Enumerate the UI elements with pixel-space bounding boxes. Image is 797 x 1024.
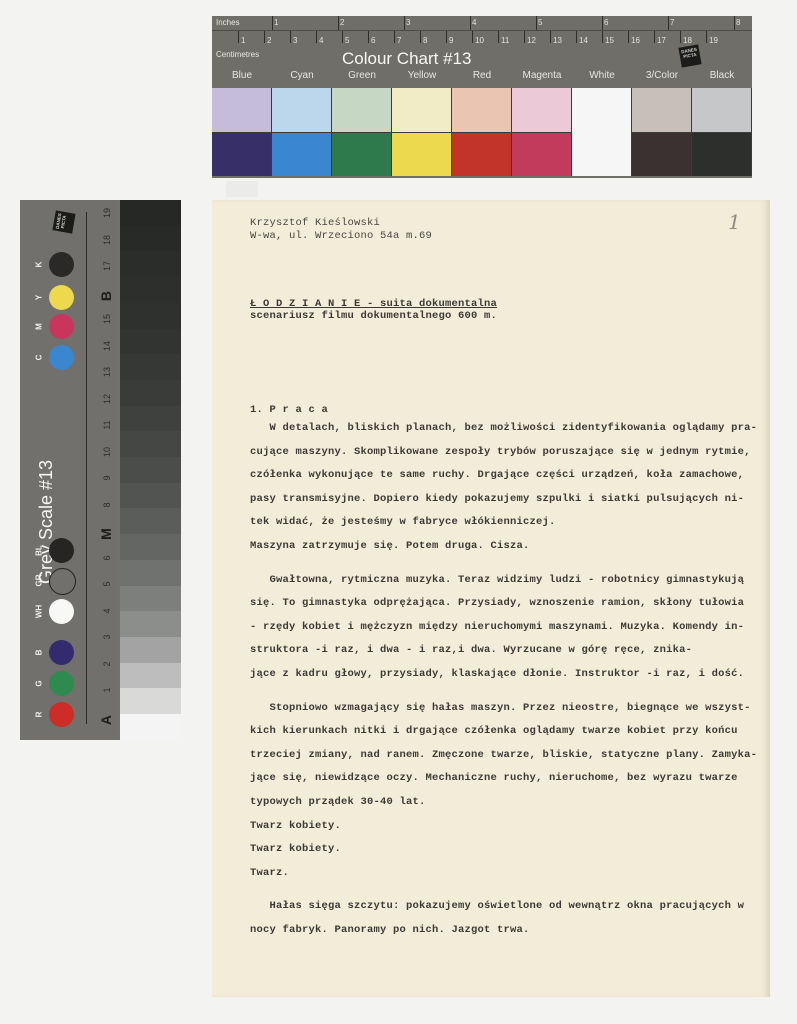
- colour-dot-label: BL: [35, 544, 44, 558]
- grey-step: [120, 663, 181, 689]
- swatch-yellow: [392, 88, 452, 176]
- inch-tick: [404, 16, 405, 30]
- swatch-light-patch: [212, 88, 272, 133]
- grey-step: [120, 431, 181, 457]
- grey-scale-target: · DANES PICTA Grey Scale #13 KYMCBLGRWHB…: [20, 200, 181, 740]
- document-line: struktora -i raz, i dwa - i raz,i dwa. W…: [250, 644, 692, 656]
- colour-chart-title: Colour Chart #13: [342, 49, 471, 69]
- swatch-label: Blue: [212, 70, 272, 81]
- swatch-green: [332, 88, 392, 176]
- swatch-light-patch: [332, 88, 392, 133]
- cm-tick: [446, 31, 447, 43]
- cm-tick: [394, 31, 395, 43]
- grey-step: [120, 508, 181, 534]
- swatch-light-patch: [452, 88, 512, 133]
- inch-tick-label: 8: [736, 18, 740, 27]
- document-line: typowych prządek 30-40 lat.: [250, 796, 426, 808]
- colour-dot-m: [49, 314, 74, 339]
- colour-dot-label: Y: [35, 291, 44, 305]
- colour-dot-label: WH: [35, 605, 44, 619]
- cm-tick-label: 12: [527, 36, 536, 45]
- author-address: W-wa, ul. Wrzeciono 54a m.69: [250, 230, 432, 242]
- swatch-blue: [212, 88, 272, 176]
- grey-step: [120, 714, 181, 740]
- inch-tick-label: 3: [406, 18, 410, 27]
- grey-step: [120, 586, 181, 612]
- section-heading: 1. P r a c a: [250, 404, 328, 416]
- inch-tick: [602, 16, 603, 30]
- cm-tick-label: 7: [397, 36, 401, 45]
- cm-tick: [524, 31, 525, 43]
- cm-tick-label: 4: [319, 36, 323, 45]
- swatch-dark-patch: [452, 133, 512, 176]
- colour-dot-label: K: [35, 258, 44, 272]
- swatch-dark-patch: [212, 133, 272, 176]
- swatch-cyan: [272, 88, 332, 176]
- document-subtitle: scenariusz filmu dokumentalnego 600 m.: [250, 310, 497, 322]
- typed-document-page: 1 Krzysztof Kieślowski W-wa, ul. Wrzecio…: [212, 200, 770, 997]
- grey-step: [120, 483, 181, 509]
- document-line: jące z kadru głowy, przysiady, klaskając…: [250, 668, 744, 680]
- colour-dot-label: C: [35, 351, 44, 365]
- colour-dot-k: [49, 252, 74, 277]
- grey-scale-fine-print: ·: [23, 214, 27, 215]
- cm-tick: [264, 31, 265, 43]
- grey-step-number: 11: [102, 418, 112, 432]
- grey-step-number: 18: [102, 233, 112, 247]
- swatch-light-patch: [272, 88, 332, 133]
- inch-tick-label: 6: [604, 18, 608, 27]
- document-line: W detalach, bliskich planach, bez możliw…: [250, 422, 757, 434]
- colour-dot-gr: [49, 568, 76, 595]
- inch-tick: [338, 16, 339, 30]
- swatch-light-patch: [692, 88, 752, 133]
- colour-dot-label: R: [35, 708, 44, 722]
- swatch-patch: [572, 88, 632, 176]
- grey-step-number: 6: [102, 551, 112, 565]
- document-line: tek widać, że jesteśmy w fabryce włókien…: [250, 516, 556, 528]
- colour-dot-wh: [49, 599, 74, 624]
- swatch-dark-patch: [332, 133, 392, 176]
- colour-dot-b: [49, 640, 74, 665]
- cm-tick-label: 18: [683, 36, 692, 45]
- cm-tick-label: 6: [371, 36, 375, 45]
- centimetres-label: Centimetres: [216, 50, 259, 59]
- document-line: Maszyna zatrzymuje się. Potem druga. Cis…: [250, 540, 530, 552]
- grey-step-letter: B: [98, 288, 114, 304]
- document-title-line: Ł O D Z I A N I E - suita dokumentalna: [250, 298, 497, 310]
- cm-tick-label: 5: [345, 36, 349, 45]
- cm-tick: [628, 31, 629, 43]
- document-line: - rzędy kobiet i mężczyzn między nieruch…: [250, 621, 744, 633]
- swatch-dark-patch: [272, 133, 332, 176]
- swatch-dark-patch: [392, 133, 452, 176]
- inch-tick: [470, 16, 471, 30]
- cm-tick: [602, 31, 603, 43]
- document-line: Stopniowo wzmagający się hałas maszyn. P…: [250, 702, 751, 714]
- grey-step: [120, 688, 181, 714]
- inch-tick-label: 1: [274, 18, 278, 27]
- cm-tick-label: 9: [449, 36, 453, 45]
- grey-step-number: 12: [102, 392, 112, 406]
- swatch-red: [452, 88, 512, 176]
- grey-scale-panel: · DANES PICTA Grey Scale #13 KYMCBLGRWHB…: [20, 200, 118, 740]
- tape-mark: [226, 181, 258, 197]
- handwritten-page-number: 1: [728, 210, 741, 234]
- grey-step: [120, 303, 181, 329]
- inch-tick: [536, 16, 537, 30]
- grey-step: [120, 277, 181, 303]
- cm-tick: [498, 31, 499, 43]
- document-line: trzeciej zmiany, nad ranem. Zmęczone twa…: [250, 749, 757, 761]
- cm-tick-label: 11: [501, 36, 509, 45]
- cm-tick-label: 8: [423, 36, 427, 45]
- colour-dot-label: GR: [35, 574, 44, 588]
- swatch-light-patch: [512, 88, 572, 133]
- grey-step: [120, 534, 181, 560]
- grey-step: [120, 560, 181, 586]
- inch-tick-label: 2: [340, 18, 344, 27]
- cm-tick-label: 13: [553, 36, 562, 45]
- swatch-label: 3/Color: [632, 70, 692, 81]
- grey-step-number: 5: [102, 577, 112, 591]
- grey-step: [120, 406, 181, 432]
- cm-tick: [290, 31, 291, 43]
- document-line: cujące maszyny. Skomplikowane zespoły tr…: [250, 446, 751, 458]
- swatch-white: [572, 88, 632, 176]
- grey-step: [120, 637, 181, 663]
- swatch-label: Red: [452, 70, 512, 81]
- grey-step: [120, 226, 181, 252]
- grey-step-number: 10: [102, 445, 112, 459]
- cm-tick: [680, 31, 681, 43]
- grey-step-number: 19: [102, 206, 112, 220]
- grey-step-strip: [120, 200, 181, 740]
- inch-tick: [734, 16, 735, 30]
- inch-tick-label: 5: [538, 18, 542, 27]
- document-line: kich kierunkach nitki i drgające czółenk…: [250, 725, 738, 737]
- grey-step: [120, 457, 181, 483]
- colour-dot-label: M: [35, 320, 44, 334]
- swatch-label: Green: [332, 70, 392, 81]
- grey-step-number: 4: [102, 604, 112, 618]
- document-line: Twarz kobiety.: [250, 843, 341, 855]
- grey-step: [120, 329, 181, 355]
- cm-tick: [550, 31, 551, 43]
- colour-dot-y: [49, 285, 74, 310]
- danes-picta-logo: DANES PICTA: [678, 44, 701, 67]
- document-line: Twarz.: [250, 867, 289, 879]
- cm-tick: [472, 31, 473, 43]
- cm-tick: [342, 31, 343, 43]
- cm-tick: [576, 31, 577, 43]
- grey-step-letter: A: [98, 712, 114, 728]
- swatch-labels: BlueCyanGreenYellowRedMagentaWhite3/Colo…: [212, 70, 752, 86]
- document-line: Gwałtowna, rytmiczna muzyka. Teraz widzi…: [250, 574, 744, 586]
- document-line: pasy transmisyjne. Dopiero kiedy pokazuj…: [250, 493, 744, 505]
- swatch-light-patch: [392, 88, 452, 133]
- swatch-magenta: [512, 88, 572, 176]
- inch-tick-label: 7: [670, 18, 674, 27]
- document-title-suffix: - suita dokumentalna: [361, 298, 498, 310]
- colour-dot-label: B: [35, 646, 44, 660]
- document-line: jące się, niewidzące oczy. Mechaniczne r…: [250, 772, 738, 784]
- cm-tick: [706, 31, 707, 43]
- cm-tick: [316, 31, 317, 43]
- grey-step-number: 9: [102, 471, 112, 485]
- swatch-dark-patch: [632, 133, 692, 176]
- cm-tick: [238, 31, 239, 43]
- inch-tick-label: 4: [472, 18, 476, 27]
- swatch-label: Magenta: [512, 70, 572, 81]
- cm-tick-label: 19: [709, 36, 718, 45]
- colour-dot-c: [49, 345, 74, 370]
- swatch-3-color: [632, 88, 692, 176]
- cm-tick: [654, 31, 655, 43]
- colour-swatches: [212, 88, 752, 178]
- grey-step-number: 13: [102, 365, 112, 379]
- document-line: czółenka wykonujące te same ruchy. Drgaj…: [250, 469, 744, 481]
- cm-tick: [368, 31, 369, 43]
- grey-step-number: 1: [102, 683, 112, 697]
- inch-tick: [272, 16, 273, 30]
- grey-step: [120, 251, 181, 277]
- swatch-dark-patch: [692, 133, 752, 176]
- colour-dot-g: [49, 671, 74, 696]
- cm-tick-label: 14: [579, 36, 588, 45]
- danes-picta-logo: DANES PICTA: [52, 210, 75, 233]
- swatch-label: Cyan: [272, 70, 332, 81]
- document-line: nocy fabryk. Panoramy po nich. Jazgot tr…: [250, 924, 530, 936]
- swatch-light-patch: [632, 88, 692, 133]
- document-title: Ł O D Z I A N I E: [250, 298, 361, 310]
- cm-tick-label: 1: [241, 36, 245, 45]
- swatch-black: [692, 88, 752, 176]
- grey-step-number: 15: [102, 312, 112, 326]
- grey-scale-title: Grey Scale #13: [36, 460, 57, 584]
- cm-tick-label: 10: [475, 36, 484, 45]
- grey-step-letter: M: [98, 526, 114, 542]
- document-line: Hałas sięga szczytu: pokazujemy oświetlo…: [250, 900, 744, 912]
- swatch-label: White: [572, 70, 632, 81]
- grey-step: [120, 354, 181, 380]
- colour-dot-label: G: [35, 677, 44, 691]
- document-line: się. To gimnastyka odprężająca. Przysiad…: [250, 597, 744, 609]
- document-line: Twarz kobiety.: [250, 820, 341, 832]
- swatch-label: Black: [692, 70, 752, 81]
- grey-step-number: 17: [102, 259, 112, 273]
- grey-step-number: 8: [102, 498, 112, 512]
- cm-tick: [420, 31, 421, 43]
- colour-chart-target: Inches 12345678 123456789101112131415161…: [212, 16, 752, 178]
- swatch-dark-patch: [512, 133, 572, 176]
- grey-step: [120, 200, 181, 226]
- colour-dot-r: [49, 702, 74, 727]
- cm-tick-label: 2: [267, 36, 271, 45]
- swatch-label: Yellow: [392, 70, 452, 81]
- colour-dot-bl: [49, 538, 74, 563]
- grey-scale-divider: [86, 212, 87, 724]
- cm-tick-label: 17: [657, 36, 666, 45]
- cm-tick-label: 15: [605, 36, 614, 45]
- grey-step-number: 2: [102, 657, 112, 671]
- grey-step: [120, 611, 181, 637]
- inches-label: Inches: [216, 18, 240, 27]
- grey-step-number: 3: [102, 630, 112, 644]
- grey-step-number: 14: [102, 339, 112, 353]
- cm-tick-label: 16: [631, 36, 640, 45]
- author-name: Krzysztof Kieślowski: [250, 217, 380, 229]
- cm-tick-label: 3: [293, 36, 297, 45]
- grey-step: [120, 380, 181, 406]
- inch-tick: [668, 16, 669, 30]
